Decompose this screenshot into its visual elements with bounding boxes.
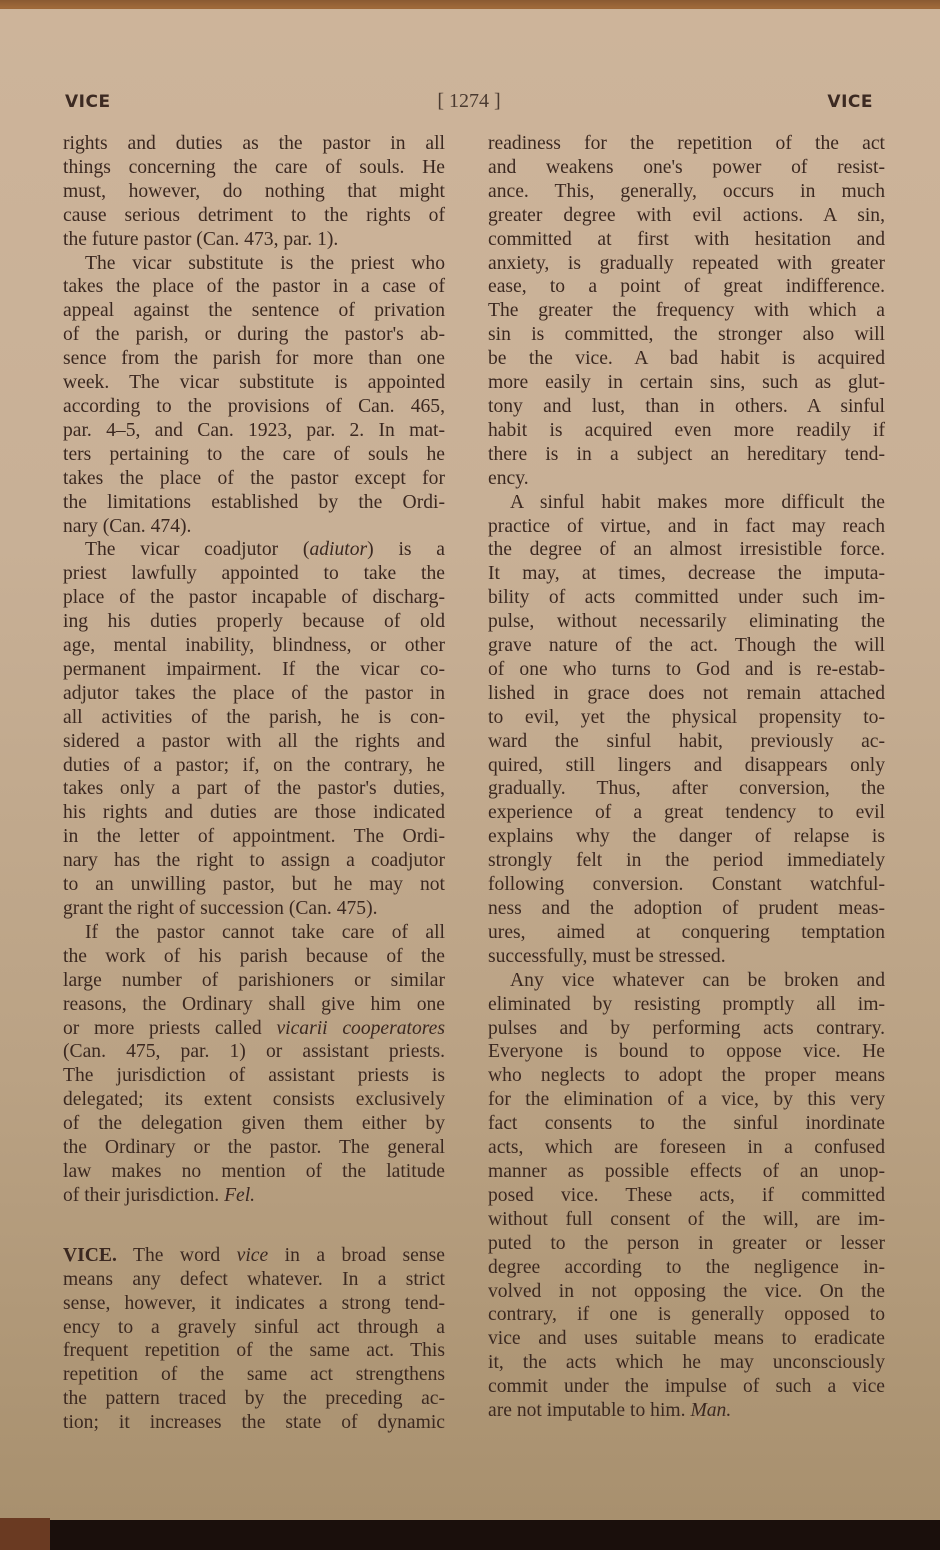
paragraph-sinful-habit: A sinful habit makes more difficult the … [488,491,885,969]
right-column: readiness for the repetition of the act … [488,132,885,1423]
paragraph-vicar-coadjutor: The vicar coadjutor (adiutor) is a pries… [63,538,445,921]
paragraph-assistant-priests: If the pastor cannot take care of all th… [63,921,445,1208]
latin-term: adiutor [309,539,367,560]
page-number: [ 1274 ] [65,90,873,113]
entry-vice: VICE. The word vice in a broad sense mea… [63,1244,445,1435]
page-header: VICE [ 1274 ] VICE [65,92,873,120]
left-column: rights and duties as the pastor in all t… [63,132,445,1435]
entry-headword: VICE. [63,1245,117,1266]
wood-surface-bottom [0,1518,50,1550]
paragraph-breaking-vice: Any vice whatever can be broken and elim… [488,969,885,1423]
author-signature: Fel. [224,1185,255,1206]
running-head-right: VICE [827,92,873,112]
paragraph-vice-continued: readiness for the repetition of the act … [488,132,885,491]
author-signature: Man. [690,1400,731,1421]
paragraph-vicar-substitute: The vicar substitute is the priest who t… [63,252,445,539]
latin-term: vicarii cooperatores [276,1018,445,1039]
dark-background-bottom [0,1520,940,1550]
paragraph-pastor-rights: rights and duties as the pastor in all t… [63,132,445,252]
